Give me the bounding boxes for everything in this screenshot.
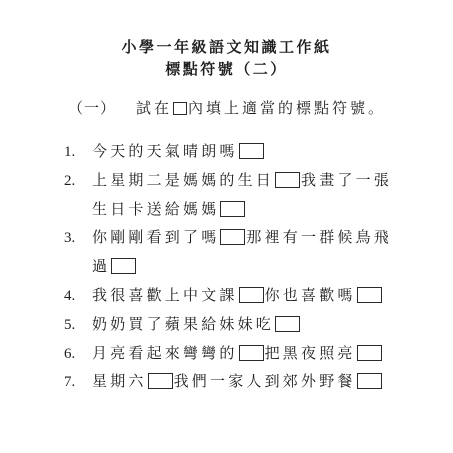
answer-box[interactable] — [220, 201, 245, 217]
answer-box[interactable] — [220, 229, 245, 245]
sentence-text: 過 — [92, 259, 110, 275]
instruction-box-glyph — [173, 102, 187, 115]
question-line: 2.上星期二是媽媽的生日我畫了一張 — [64, 172, 392, 190]
section-instruction: （一）試在內填上適當的標點符號。 — [68, 97, 386, 118]
worksheet-title: 小學一年級語文知識工作紙 — [0, 37, 453, 59]
answer-box[interactable] — [239, 287, 264, 303]
question-number: 1. — [64, 143, 92, 161]
answer-box[interactable] — [275, 172, 300, 188]
answer-box[interactable] — [357, 373, 382, 389]
answer-box[interactable] — [239, 345, 264, 361]
question-number: 4. — [64, 287, 92, 305]
question-number: 7. — [64, 373, 92, 391]
question-number: 2. — [64, 172, 92, 190]
sentence-text: 我們一家人到郊外野餐 — [174, 374, 356, 390]
answer-box[interactable] — [357, 345, 382, 361]
question-line: 1.今天的天氣晴朗嗎 — [64, 143, 265, 161]
sentence-text: 你剛剛看到了嗎 — [92, 230, 219, 246]
section-label: （一） — [68, 97, 116, 118]
sentence-text: 試在 — [136, 101, 172, 117]
sentence-text: 月亮看起來彎彎的 — [92, 346, 238, 362]
question-line: 4.我很喜歡上中文課你也喜歡嗎 — [64, 287, 383, 305]
sentence-text: 生日卡送給媽媽 — [92, 202, 219, 218]
question-number: 3. — [64, 229, 92, 247]
sentence-text: 今天的天氣晴朗嗎 — [92, 144, 238, 160]
instruction-text: 試在內填上適當的標點符號。 — [136, 101, 386, 117]
sentence-text: 我畫了一張 — [301, 173, 392, 189]
question-line: 3.你剛剛看到了嗎那裡有一群候鳥飛 — [64, 229, 392, 247]
question-line: 生日卡送給媽媽 — [64, 201, 246, 219]
sentence-text: 那裡有一群候鳥飛 — [246, 230, 392, 246]
question-line: 6.月亮看起來彎彎的把黑夜照亮 — [64, 345, 383, 363]
question-number: 6. — [64, 345, 92, 363]
worksheet-page: 小學一年級語文知識工作紙 標點符號（二） （一）試在內填上適當的標點符號。 1.… — [0, 0, 453, 453]
answer-box[interactable] — [148, 373, 173, 389]
sentence-text: 內填上適當的標點符號。 — [188, 101, 386, 117]
worksheet-subtitle: 標點符號（二） — [0, 59, 453, 81]
sentence-text: 上星期二是媽媽的生日 — [92, 173, 274, 189]
sentence-text: 你也喜歡嗎 — [265, 288, 356, 304]
answer-box[interactable] — [239, 143, 264, 159]
question-line: 7.星期六我們一家人到郊外野餐 — [64, 373, 383, 391]
sentence-text: 星期六 — [92, 374, 147, 390]
worksheet-header: 小學一年級語文知識工作紙 標點符號（二） — [0, 37, 453, 81]
answer-box[interactable] — [111, 258, 136, 274]
question-line: 5.奶奶買了蘋果給妹妹吃 — [64, 316, 301, 334]
sentence-text: 奶奶買了蘋果給妹妹吃 — [92, 317, 274, 333]
answer-box[interactable] — [357, 287, 382, 303]
answer-box[interactable] — [275, 316, 300, 332]
question-line: 過 — [64, 258, 137, 276]
sentence-text: 把黑夜照亮 — [265, 346, 356, 362]
question-number: 5. — [64, 316, 92, 334]
sentence-text: 我很喜歡上中文課 — [92, 288, 238, 304]
